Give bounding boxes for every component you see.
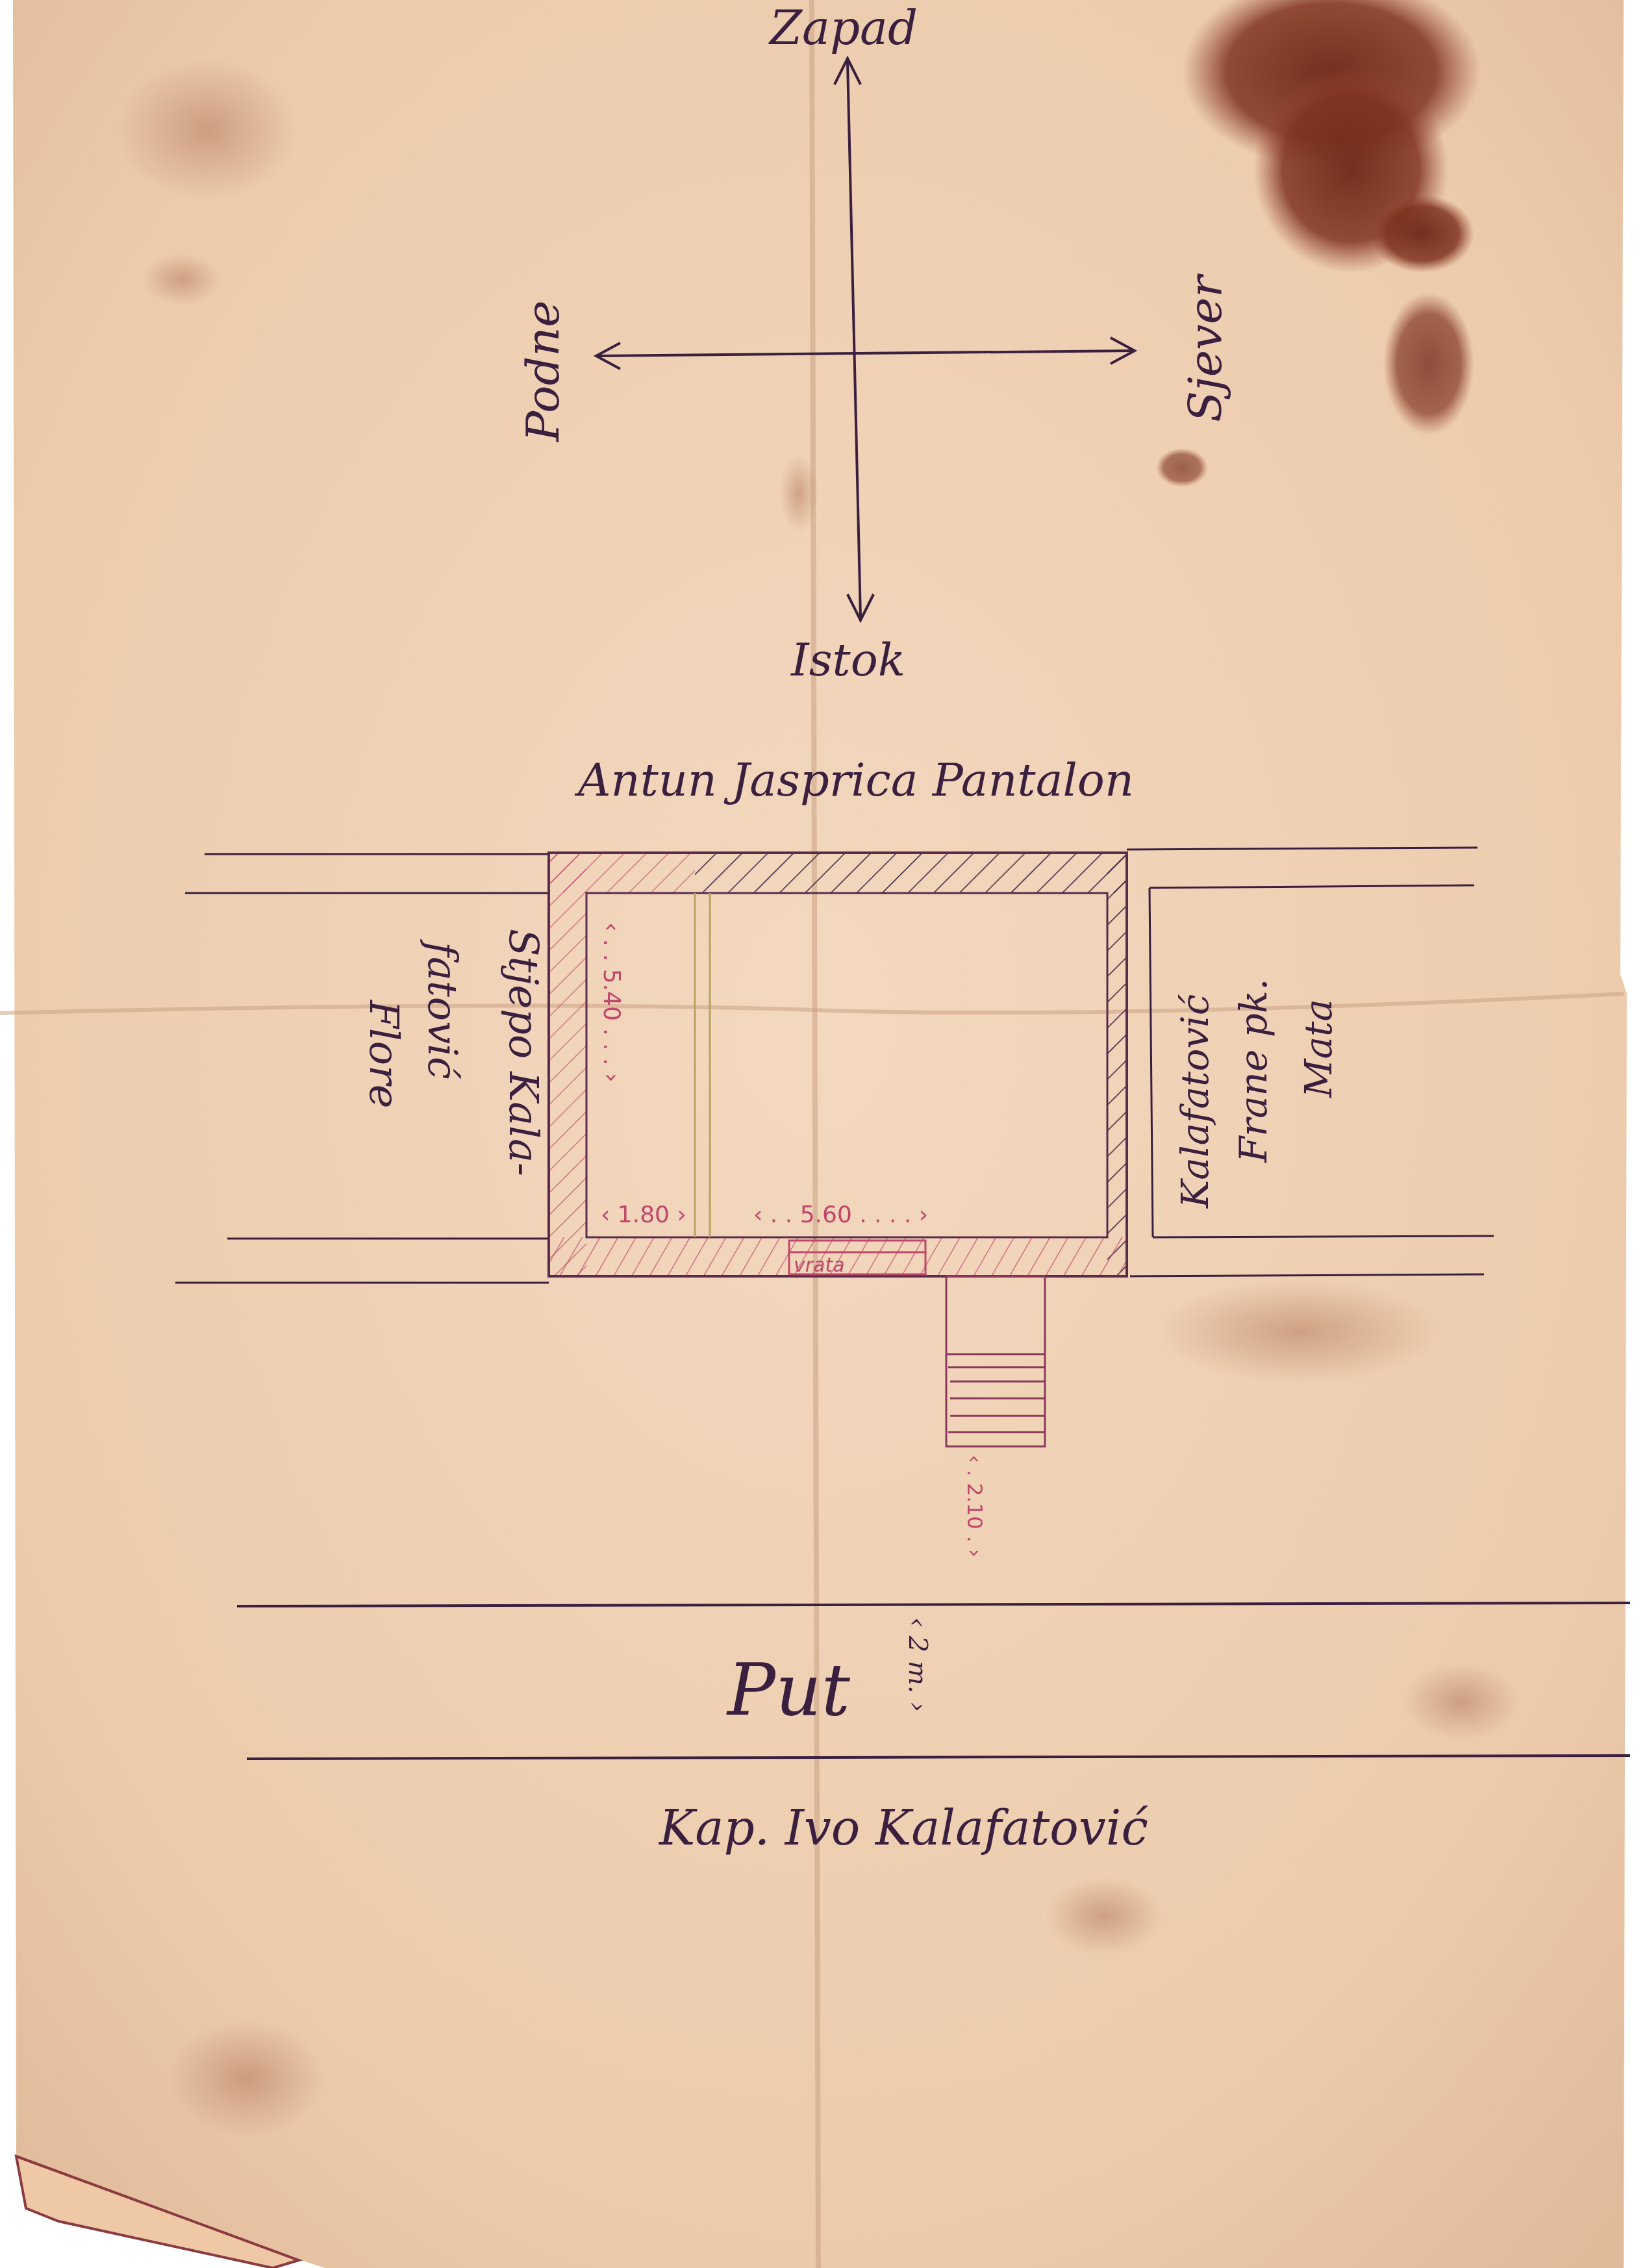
dimension-left-room: ‹ 1.80 › bbox=[601, 1202, 686, 1228]
dimension-main-room: ‹ . . 5.60 . . . . › bbox=[753, 1202, 928, 1228]
neighbour-top-name: Antun Jasprica Pantalon bbox=[574, 753, 1134, 807]
paper-sheet: Zapad Istok Podne Sjever Antun Jasprica … bbox=[0, 0, 1647, 2268]
site-plan-drawing: Zapad Istok Podne Sjever Antun Jasprica … bbox=[0, 0, 1647, 2268]
neighbour-left-line1: Stjepo Kala- bbox=[500, 929, 547, 1176]
neighbour-left-line3: Flore bbox=[360, 1000, 408, 1109]
compass-label-zapad: Zapad bbox=[768, 1, 918, 55]
neighbour-left-line2: fatović bbox=[419, 939, 466, 1079]
road-label: Put bbox=[726, 1648, 851, 1732]
neighbour-right-line3: Mata bbox=[1296, 999, 1340, 1098]
neighbour-bottom-name: Kap. Ivo Kalafatović bbox=[658, 1800, 1148, 1856]
neighbour-right-line1: Kalafatović bbox=[1173, 994, 1217, 1209]
compass-label-podne: Podne bbox=[516, 300, 570, 443]
door-label: vrata bbox=[794, 1254, 845, 1277]
compass-label-istok: Istok bbox=[790, 633, 905, 687]
dimension-depth: ‹ . . 5.40 . . . › bbox=[598, 922, 625, 1082]
compass-label-sjever: Sjever bbox=[1179, 273, 1232, 422]
neighbour-right-line2: Frane pk. bbox=[1231, 979, 1276, 1163]
dimension-road-width: ‹ 2 m. › bbox=[903, 1617, 933, 1712]
dimension-stairs: ‹ . 2.10 . › bbox=[962, 1455, 987, 1557]
